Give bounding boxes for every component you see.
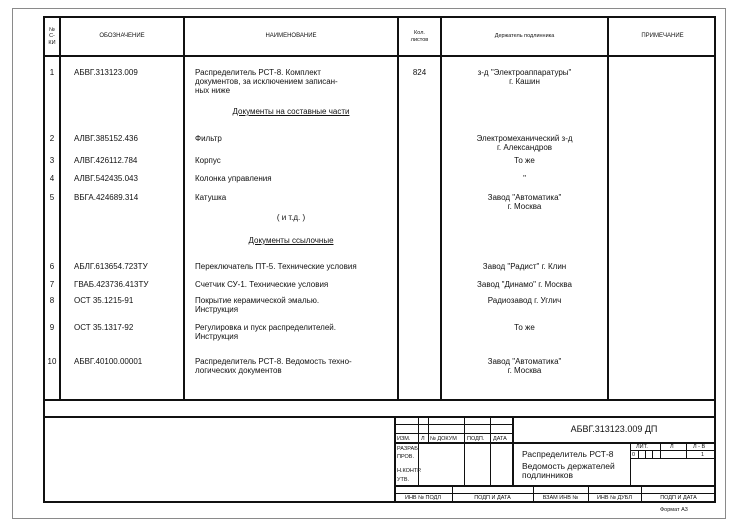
col-divider [59, 16, 61, 400]
row-holder: Радиозавод г. Углич [441, 296, 608, 305]
table-bottom [43, 399, 716, 401]
row-number: 9 [45, 323, 59, 332]
header-divider [43, 55, 716, 57]
row-number: 2 [45, 134, 59, 143]
rev-header-change: Изм. [397, 436, 410, 442]
row-name: Катушка [195, 193, 395, 202]
label-sign-date: Подп и дата [452, 495, 533, 501]
row-name: Распределитель РСТ-8. Ведомость техно- л… [195, 357, 395, 375]
lit-header: Лит. [636, 444, 648, 450]
row-name: Корпус [195, 156, 395, 165]
header-note: Примечание [609, 18, 716, 55]
stamp-line [652, 450, 653, 458]
row-designation: АЛВГ.426112.784 [74, 156, 184, 165]
stamp-line [630, 450, 716, 451]
row-designation: ОСТ 35.1317-92 [74, 323, 184, 332]
row-designation: ГВАБ.423736.413ТУ [74, 280, 184, 289]
header-name: Наименование [185, 18, 397, 55]
rev-header-sheet: Л [421, 436, 425, 442]
row-number: 6 [45, 262, 59, 271]
sheets-total: 1 [701, 452, 704, 458]
row-number: 8 [45, 296, 59, 305]
row-holder: " [441, 174, 608, 183]
stamp-line [645, 450, 646, 458]
row-number: 3 [45, 156, 59, 165]
lit-value: 0 [632, 452, 635, 458]
row-number: 10 [45, 357, 59, 366]
stamp-line [630, 458, 716, 459]
stamp-line [394, 424, 512, 425]
stamp-line [428, 416, 429, 443]
row-holder: Завод "Автоматика" г. Москва [441, 357, 608, 375]
stamp-line [490, 416, 491, 486]
role-developer: Разраб. [397, 446, 419, 452]
row-designation: АЛВГ.542435.043 [74, 174, 184, 183]
row-name: Фильтр [195, 134, 395, 143]
label-inv-dup: Инв № дубл [588, 495, 641, 501]
row-number: 5 [45, 193, 59, 202]
doc-code: АБВГ.313123.009 ДП [512, 424, 716, 434]
row-sheets: 824 [398, 68, 441, 77]
row-designation: АЛВГ.385152.436 [74, 134, 184, 143]
stamp-divider [394, 416, 396, 503]
row-name: Колонка управления [195, 174, 395, 183]
header-holder: Держатель подлинника [442, 18, 607, 55]
stamp-line [464, 416, 465, 486]
row-name: Распределитель РСТ-8. Комплект документо… [195, 68, 395, 95]
document-title: Ведомость держателей подлинников [522, 462, 615, 480]
format-label: Формат А3 [660, 507, 688, 513]
label-inv-orig: Инв № подл [394, 495, 452, 501]
row-holder: з-д "Электроаппаратуры" г. Кашин [441, 68, 608, 86]
label-replace-inv: Взам инв № [533, 495, 588, 501]
rev-header-docnum: № докум [430, 436, 457, 442]
stamp-line [630, 442, 631, 485]
stamp-line [394, 442, 716, 444]
role-norm-control: Н.контр. [397, 468, 421, 474]
row-name: Покрытие керамической эмалью. Инструкция [195, 296, 395, 314]
row-holder: То же [441, 323, 608, 332]
row-holder: Завод "Автоматика" г. Москва [441, 193, 608, 211]
stamp-top [43, 416, 716, 418]
stamp-line [394, 485, 716, 487]
section-components-title: Документы на составные части [185, 107, 397, 116]
row-designation: АБВГ.40100.00001 [74, 357, 184, 366]
header-sheets: Кол. листов [399, 18, 440, 55]
row-designation: ВБГА.424689.314 [74, 193, 184, 202]
rev-header-date: Дата [493, 436, 507, 442]
row-number: 1 [45, 68, 59, 77]
rev-header-sign: Подп. [467, 436, 484, 442]
row-name: Счетчик СУ-1. Технические условия [195, 280, 395, 289]
sheets-header: Л - в [693, 444, 705, 450]
stamp-line [394, 433, 512, 434]
row-holder: Завод "Динамо" г. Москва [441, 280, 608, 289]
row-designation: АБЛГ.613654.723ТУ [74, 262, 184, 271]
stamp-line [638, 450, 639, 458]
sheet-header: Л [670, 444, 674, 450]
header-num: № С- КИ [45, 18, 59, 55]
stamp-line [686, 442, 687, 458]
row-name: Переключатель ПТ-5. Технические условия [195, 262, 395, 271]
role-checker: Пров. [397, 454, 414, 460]
etc-note: ( и т.д. ) [185, 213, 397, 222]
row-holder: Электромеханический з-д г. Александров [441, 134, 608, 152]
row-name: Регулировка и пуск распределителей. Инст… [195, 323, 395, 341]
row-designation: АБВГ.313123.009 [74, 68, 184, 77]
row-number: 7 [45, 280, 59, 289]
stamp-line [394, 493, 716, 494]
stamp-line [660, 442, 661, 458]
row-designation: ОСТ 35.1215-91 [74, 296, 184, 305]
row-holder: Завод "Радист" г. Клин [441, 262, 608, 271]
label-sign-date-2: Подп и дата [641, 495, 716, 501]
row-holder: То же [441, 156, 608, 165]
section-referenced-title: Документы ссылочные [185, 236, 397, 245]
product-title: Распределитель РСТ-8 [522, 450, 614, 459]
role-approved: Утв. [397, 477, 409, 483]
header-designation: Обозначение [61, 18, 183, 55]
row-number: 4 [45, 174, 59, 183]
